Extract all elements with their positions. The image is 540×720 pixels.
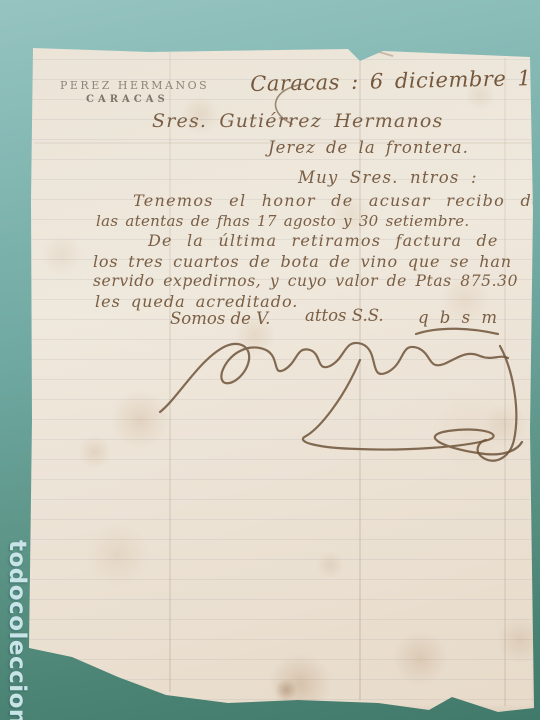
recipient-name-line: Sres. Gutiérrez Hermanos bbox=[152, 110, 443, 132]
body-line: Tenemos el honor de acusar recibo de bbox=[133, 191, 540, 210]
body-line: las atentas de fhas 17 agosto y 30 setie… bbox=[96, 212, 470, 230]
body-line: servido expedirnos, y cuyo valor de Ptas… bbox=[93, 272, 518, 290]
letter-paper: PEREZ HERMANOS CARACAS Caracas : 6 dicie… bbox=[0, 0, 540, 720]
watermark-text: todocoleccion bbox=[4, 540, 30, 712]
signature-flourish bbox=[148, 320, 540, 485]
recipient-place-line: Jerez de la frontera. bbox=[268, 138, 469, 157]
body-line: De la última retiramos factura de bbox=[148, 231, 499, 250]
salutation-line: Muy Sres. ntros : bbox=[298, 168, 478, 187]
body-line: los tres cuartos de bota de vino que se … bbox=[93, 252, 512, 271]
letterhead-city: CARACAS bbox=[86, 94, 169, 105]
letterhead-company: PEREZ HERMANOS bbox=[60, 79, 209, 92]
letter-photo: PEREZ HERMANOS CARACAS Caracas : 6 dicie… bbox=[0, 0, 540, 720]
